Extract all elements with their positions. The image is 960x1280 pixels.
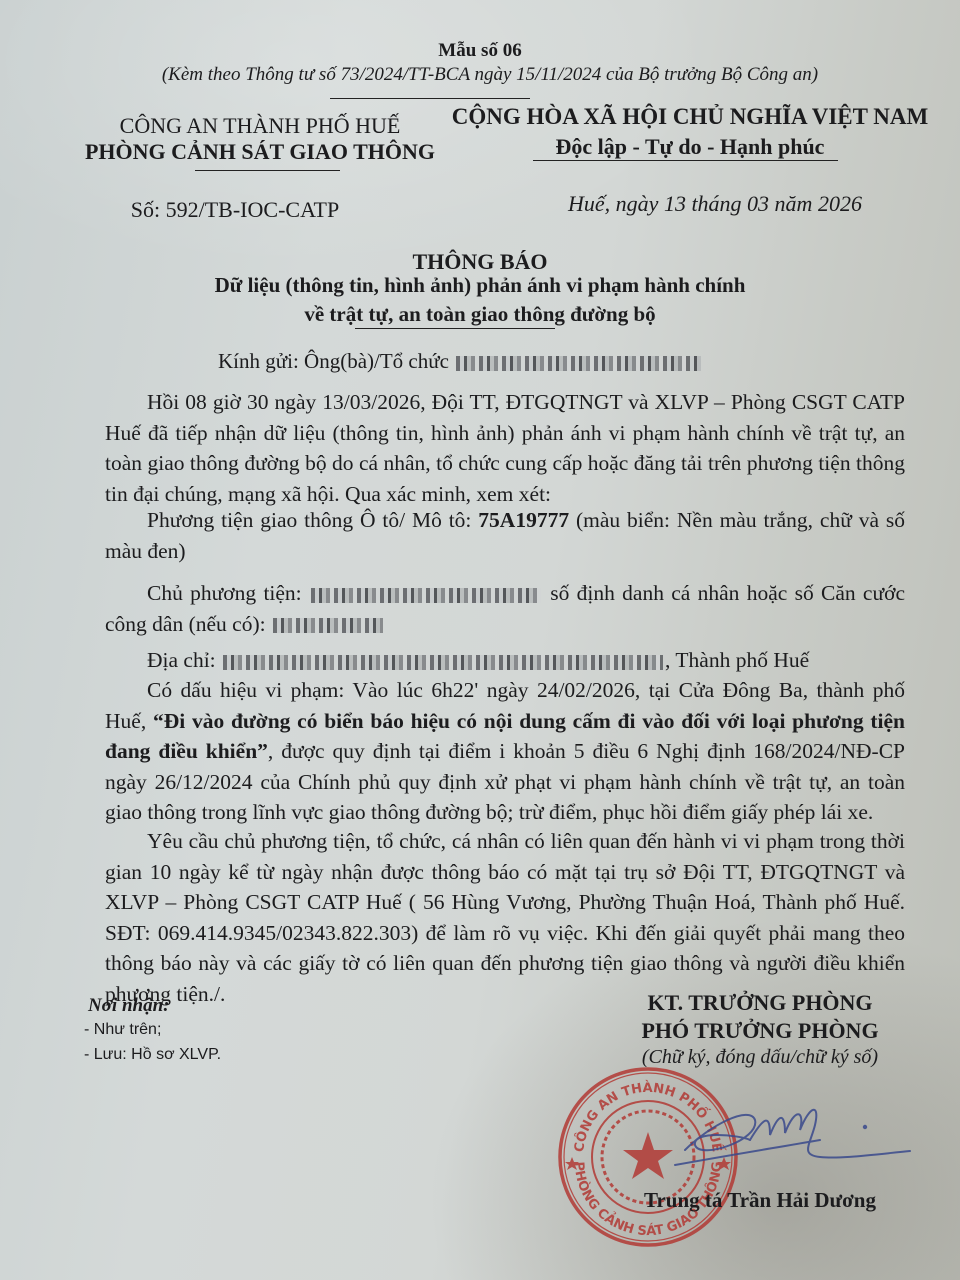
national-title: CỘNG HÒA XÃ HỘI CHỦ NGHĨA VIỆT NAM xyxy=(440,104,940,130)
form-number: Mẫu số 06 xyxy=(0,40,960,62)
violation-paragraph: Có dấu hiệu vi phạm: Vào lúc 6h22' ngày … xyxy=(105,675,905,828)
redacted-owner-name xyxy=(311,588,541,603)
signer-name: Trung tá Trần Hải Dương xyxy=(560,1188,960,1213)
document-number: Số: 592/TB-IOC-CATP xyxy=(60,197,410,223)
license-plate: 75A19777 xyxy=(478,508,569,532)
vehicle-paragraph: Phương tiện giao thông Ô tô/ Mô tô: 75A1… xyxy=(105,505,905,566)
recipient-item: - Lưu: Hồ sơ XLVP. xyxy=(84,1046,221,1064)
owner-paragraph: Chủ phương tiện: số định danh cá nhân ho… xyxy=(105,578,905,639)
request-paragraph: Yêu cầu chủ phương tiện, tổ chức, cá nhâ… xyxy=(105,826,905,1009)
divider xyxy=(195,170,340,171)
divider xyxy=(533,160,838,161)
redacted-address xyxy=(223,655,663,670)
document-subtitle: về trật tự, an toàn giao thông đường bộ xyxy=(0,302,960,327)
divider xyxy=(355,328,555,329)
place-date: Huế, ngày 13 tháng 03 năm 2026 xyxy=(480,191,950,217)
handwritten-signature-icon xyxy=(670,1085,930,1195)
address-paragraph: Địa chỉ: , Thành phố Huế xyxy=(105,645,905,676)
national-motto: Độc lập - Tự do - Hạnh phúc xyxy=(440,134,940,160)
signatory-title: PHÓ TRƯỞNG PHÒNG xyxy=(560,1018,960,1044)
recipient-line: Kính gửi: Ông(bà)/Tổ chức xyxy=(218,349,703,374)
redacted-owner-id xyxy=(273,618,383,633)
agency-department: PHÒNG CẢNH SÁT GIAO THÔNG xyxy=(50,139,470,165)
recipients-title: Nơi nhận: xyxy=(88,995,169,1017)
signatory-authority: KT. TRƯỞNG PHÒNG xyxy=(560,990,960,1016)
document-title: THÔNG BÁO xyxy=(0,249,960,275)
intro-paragraph: Hồi 08 giờ 30 ngày 13/03/2026, Đội TT, Đ… xyxy=(105,387,905,509)
recipient-label: Kính gửi: Ông(bà)/Tổ chức xyxy=(218,349,449,373)
notice-document: Mẫu số 06 (Kèm theo Thông tư số 73/2024/… xyxy=(0,0,960,1280)
divider xyxy=(330,98,530,99)
redacted-recipient-name xyxy=(456,356,701,371)
agency-name: CÔNG AN THÀNH PHỐ HUẾ xyxy=(50,113,470,139)
form-reference: (Kèm theo Thông tư số 73/2024/TT-BCA ngà… xyxy=(60,64,920,86)
document-subtitle: Dữ liệu (thông tin, hình ảnh) phản ánh v… xyxy=(0,273,960,298)
recipient-item: - Như trên; xyxy=(84,1021,161,1039)
